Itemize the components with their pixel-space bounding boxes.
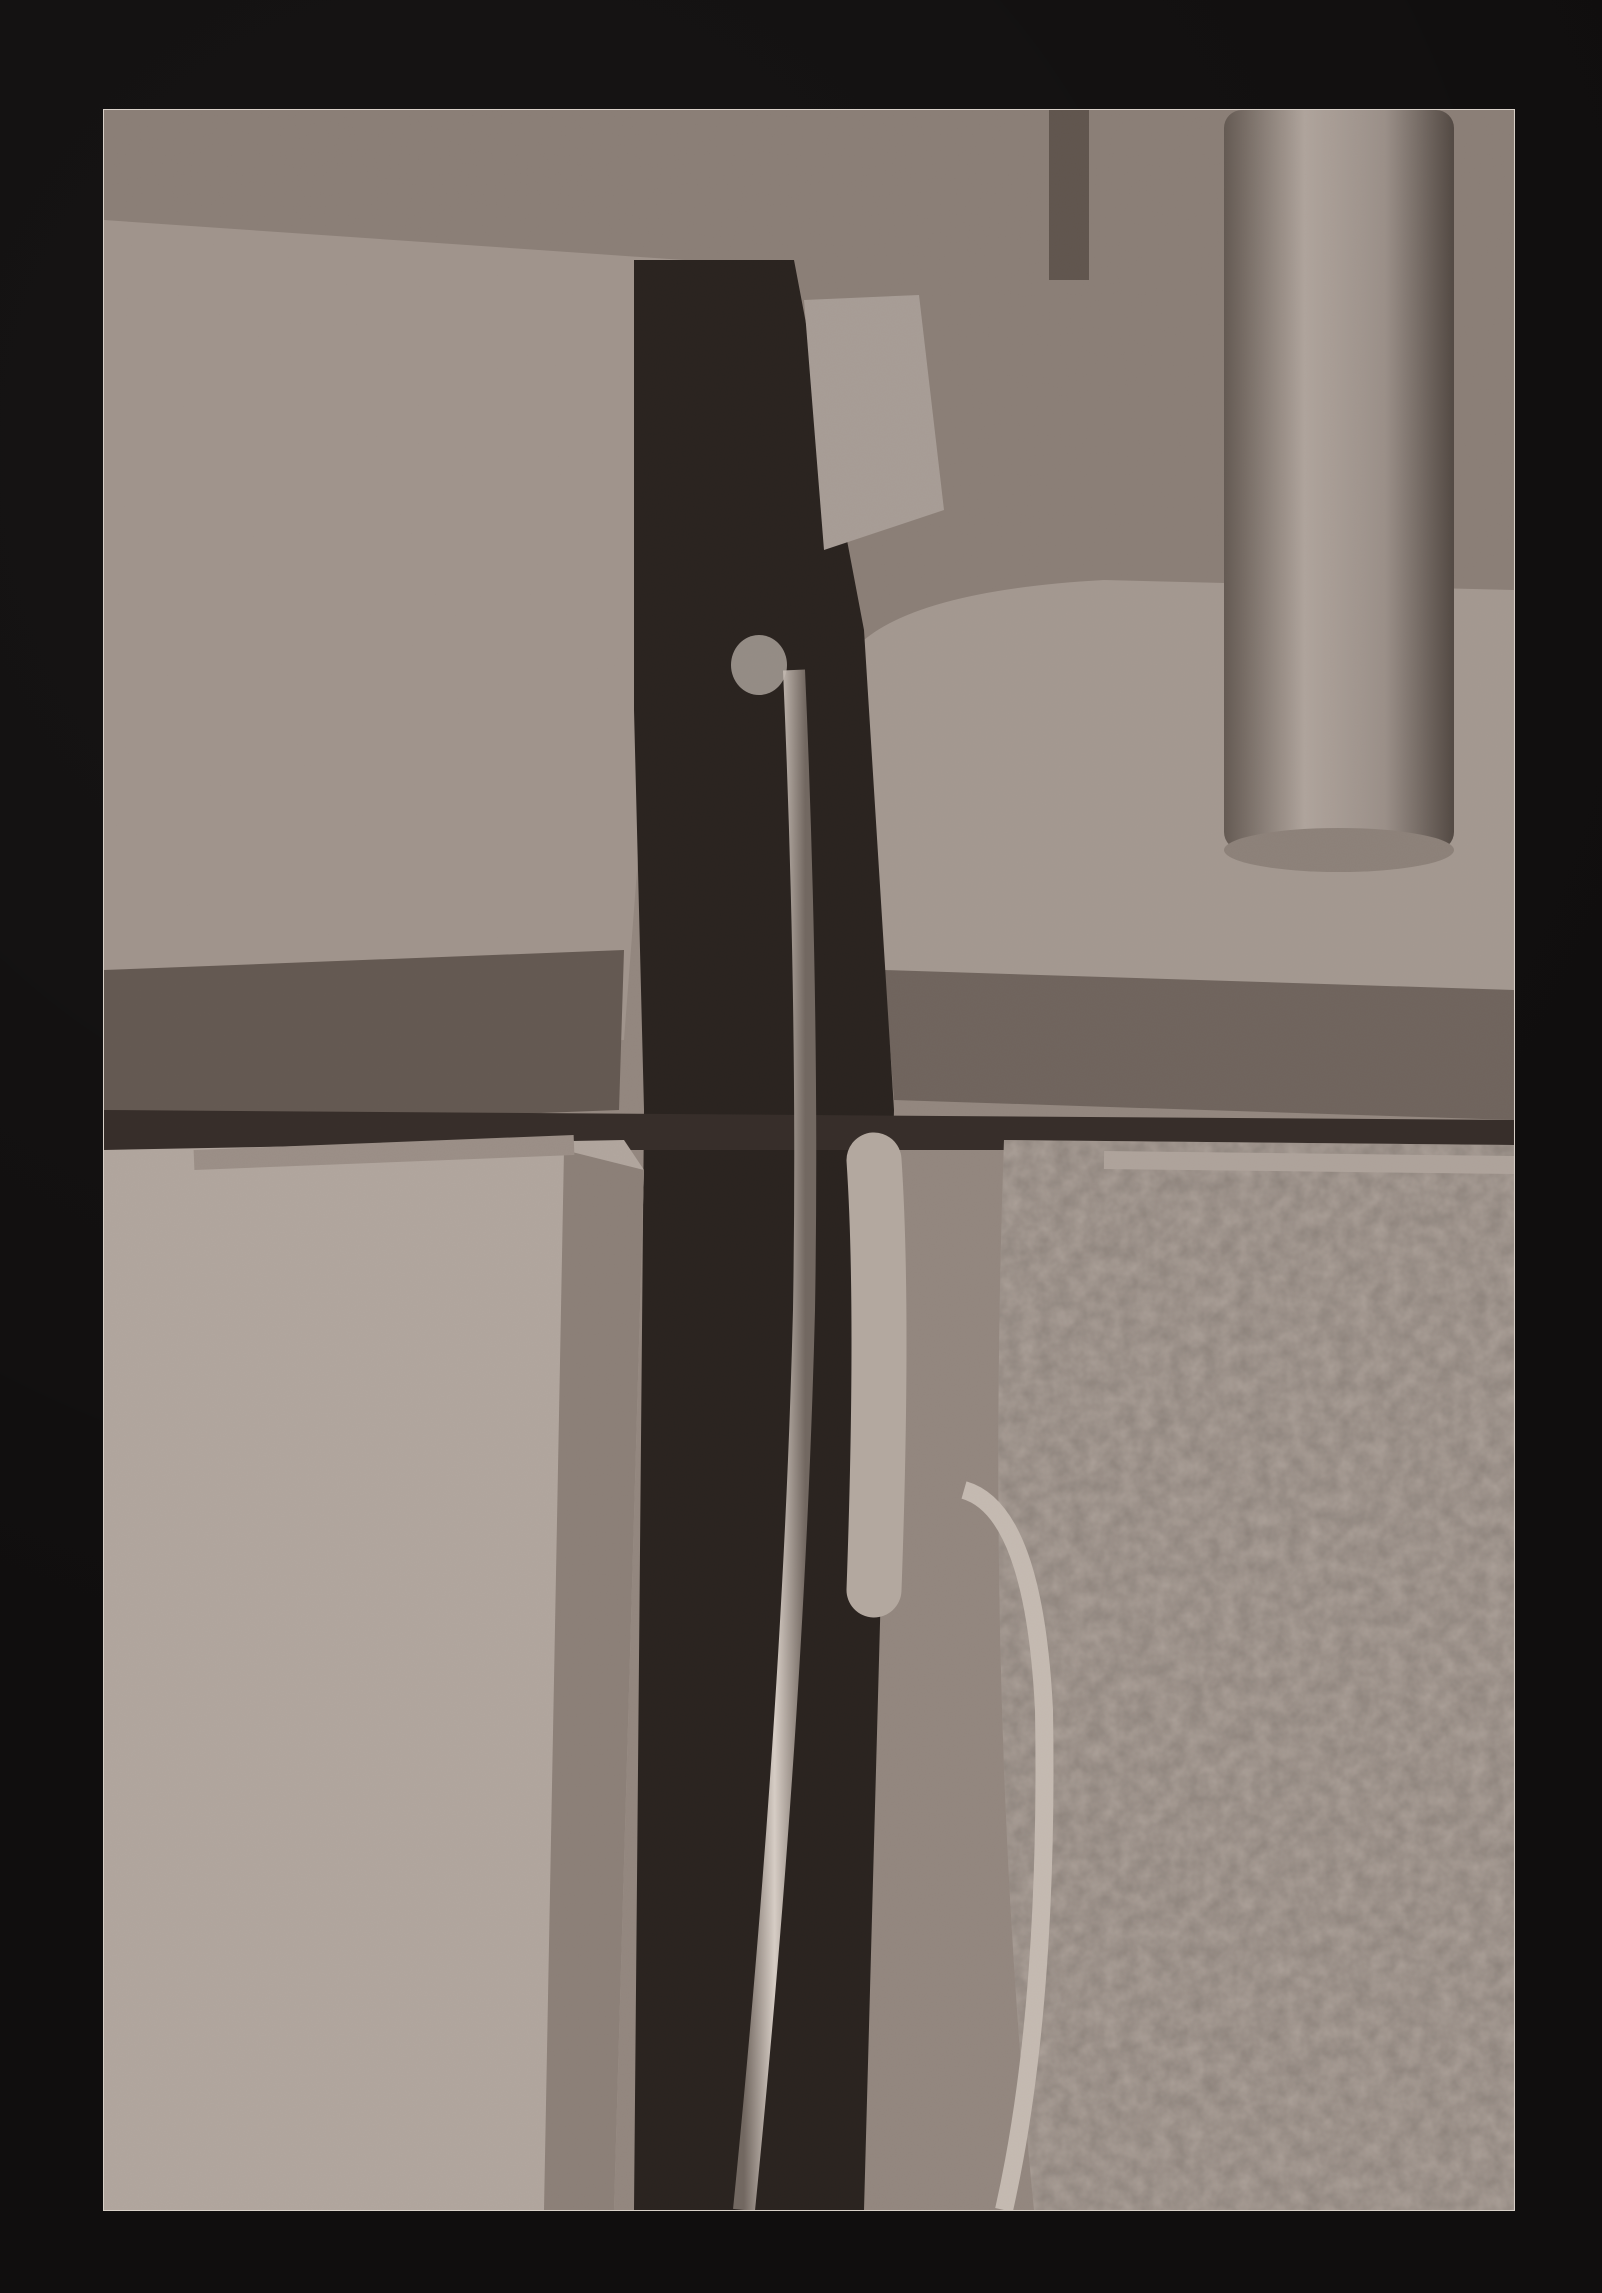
photograph xyxy=(104,110,1514,2210)
photo-scene xyxy=(104,110,1514,2210)
